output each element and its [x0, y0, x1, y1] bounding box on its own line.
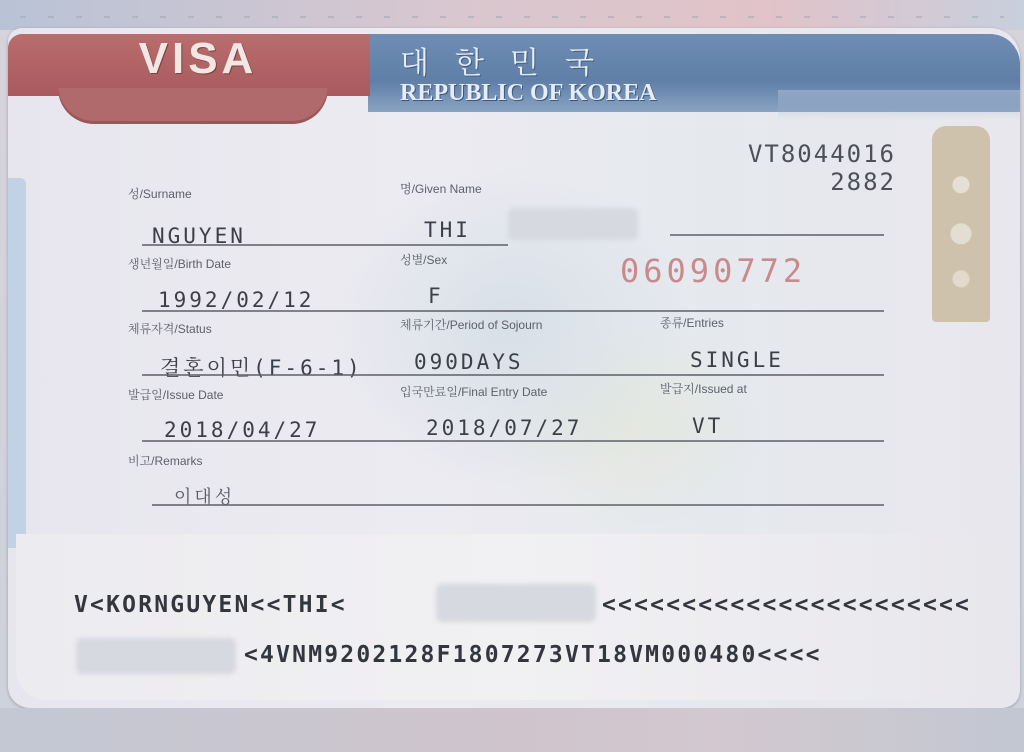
passport-page-bottom [0, 708, 1024, 752]
visa-number-line2: 2882 [748, 168, 896, 196]
sex-value: F [428, 284, 444, 308]
period-label: 체류기간/Period of Sojourn [400, 316, 542, 333]
emblem-wing [58, 88, 328, 124]
birth-date-value: 1992/02/12 [158, 288, 314, 312]
final-entry-label: 입국만료일/Final Entry Date [400, 383, 547, 400]
visa-number: VT8044016 2882 [748, 140, 896, 196]
visa-sticker: VISA 대한민국 REPUBLIC OF KOREA VT8044016 28… [8, 28, 1020, 708]
final-entry-value: 2018/07/27 [426, 416, 582, 440]
mrz-line2: <4VNM9202128F1807273VT18VM000480<<<< [244, 642, 822, 668]
security-ornament-icon [932, 126, 990, 322]
issue-date-value: 2018/04/27 [164, 418, 320, 442]
machine-readable-zone: V<KORNGUYEN<<THI< <<<<<<<<<<<<<<<<<<<<<<… [16, 534, 1012, 700]
visa-number-line1: VT8044016 [748, 140, 896, 168]
sex-label: 성별/Sex [400, 251, 447, 268]
birth-date-label: 생년월일/Birth Date [128, 255, 231, 272]
photo-edge [8, 178, 26, 548]
redacted-mrz-name [436, 584, 596, 622]
issued-at-value: VT [692, 414, 723, 438]
country-name-english: REPUBLIC OF KOREA [400, 80, 656, 107]
control-number: 06090772 [620, 252, 806, 290]
issue-date-label: 발급일/Issue Date [128, 386, 223, 403]
visa-title: VISA [108, 34, 288, 84]
status-label: 체류자격/Status [128, 320, 212, 337]
rule [142, 244, 508, 246]
rule [142, 374, 884, 376]
given-name-value: THI [424, 218, 471, 242]
mrz-line1-start: V<KORNGUYEN<<THI< [74, 592, 347, 618]
status-value: 결혼이민(F-6-1) [160, 352, 363, 382]
passport-page-top [0, 0, 1024, 30]
rule [142, 440, 884, 442]
mrz-line1-end: <<<<<<<<<<<<<<<<<<<<<<< [602, 592, 971, 618]
given-name-label: 명/Given Name [400, 180, 482, 197]
period-value: 090DAYS [414, 350, 524, 374]
entries-value: SINGLE [690, 348, 784, 372]
issued-at-label: 발급지/Issued at [660, 380, 747, 397]
perforation [20, 16, 1004, 18]
remarks-label: 비고/Remarks [128, 452, 203, 469]
rule [142, 310, 884, 312]
rule [152, 504, 884, 506]
surname-label: 성/Surname [128, 185, 192, 202]
rule [670, 234, 884, 236]
entries-label: 종류/Entries [660, 314, 724, 331]
redacted-mrz-number [76, 638, 236, 674]
country-name-korean: 대한민국 [400, 38, 620, 82]
redacted-given-name [508, 208, 638, 240]
